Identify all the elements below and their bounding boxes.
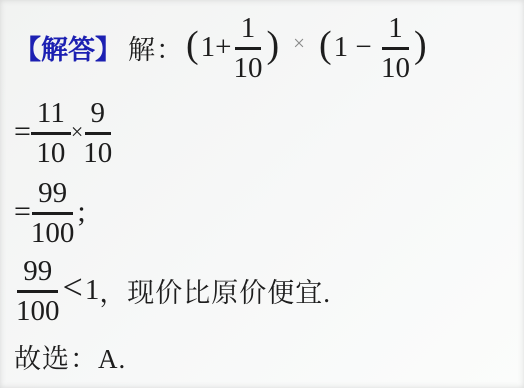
- comparison-value: 1: [85, 274, 100, 307]
- final-answer-text: 故选：A.: [14, 337, 126, 376]
- fraction-1-10: 1 10: [381, 12, 410, 83]
- fraction-denominator: 10: [36, 135, 65, 168]
- intro-text: 解：: [128, 28, 184, 67]
- fraction-denominator: 10: [234, 50, 263, 83]
- left-paren: (: [184, 26, 201, 64]
- fraction-numerator: 99: [17, 255, 58, 293]
- solution-document: 【解答】 解： ( 1+ 1 10 ) × ( 1 − 1 10 ) = 11 …: [0, 0, 524, 388]
- fraction-99-100: 99 100: [16, 255, 60, 326]
- multiply-sign: ×: [293, 31, 305, 56]
- fraction-9-10: 9 10: [83, 97, 112, 168]
- right-paren: ): [412, 26, 429, 64]
- fraction-numerator: 1: [382, 12, 409, 50]
- equals-sign: =: [14, 115, 31, 149]
- fraction-denominator: 100: [16, 293, 60, 326]
- equals-sign: =: [14, 195, 31, 229]
- left-paren: (: [317, 26, 334, 64]
- fraction-denominator: 10: [83, 135, 112, 168]
- solution-line-3: = 99 100 ;: [0, 174, 524, 250]
- fraction-numerator: 9: [85, 97, 112, 135]
- less-than-sign: <: [63, 266, 83, 308]
- fraction-denominator: 10: [381, 50, 410, 83]
- fraction-numerator: 99: [32, 177, 73, 215]
- fraction-99-100: 99 100: [31, 177, 75, 248]
- fraction-11-10: 11 10: [31, 97, 71, 168]
- right-paren: ): [265, 26, 282, 64]
- solution-line-4: 99 100 < 1 ，现价比原价便宜.: [0, 250, 524, 330]
- semicolon: ;: [77, 195, 85, 229]
- term-one-plus: 1+: [201, 31, 232, 64]
- fraction-numerator: 11: [31, 97, 71, 135]
- solution-line-1: 【解答】 解： ( 1+ 1 10 ) × ( 1 − 1 10 ): [0, 4, 524, 90]
- solution-line-2: = 11 10 × 9 10: [0, 90, 524, 174]
- solution-line-5: 故选：A.: [0, 330, 524, 382]
- term-one-minus: 1 −: [334, 31, 379, 64]
- multiply-sign: ×: [71, 119, 83, 145]
- fraction-numerator: 1: [235, 12, 262, 50]
- fraction-1-10: 1 10: [234, 12, 263, 83]
- conclusion-text: ，现价比原价便宜.: [99, 271, 331, 310]
- answer-tag: 【解答】: [14, 28, 122, 67]
- fraction-denominator: 100: [31, 215, 75, 248]
